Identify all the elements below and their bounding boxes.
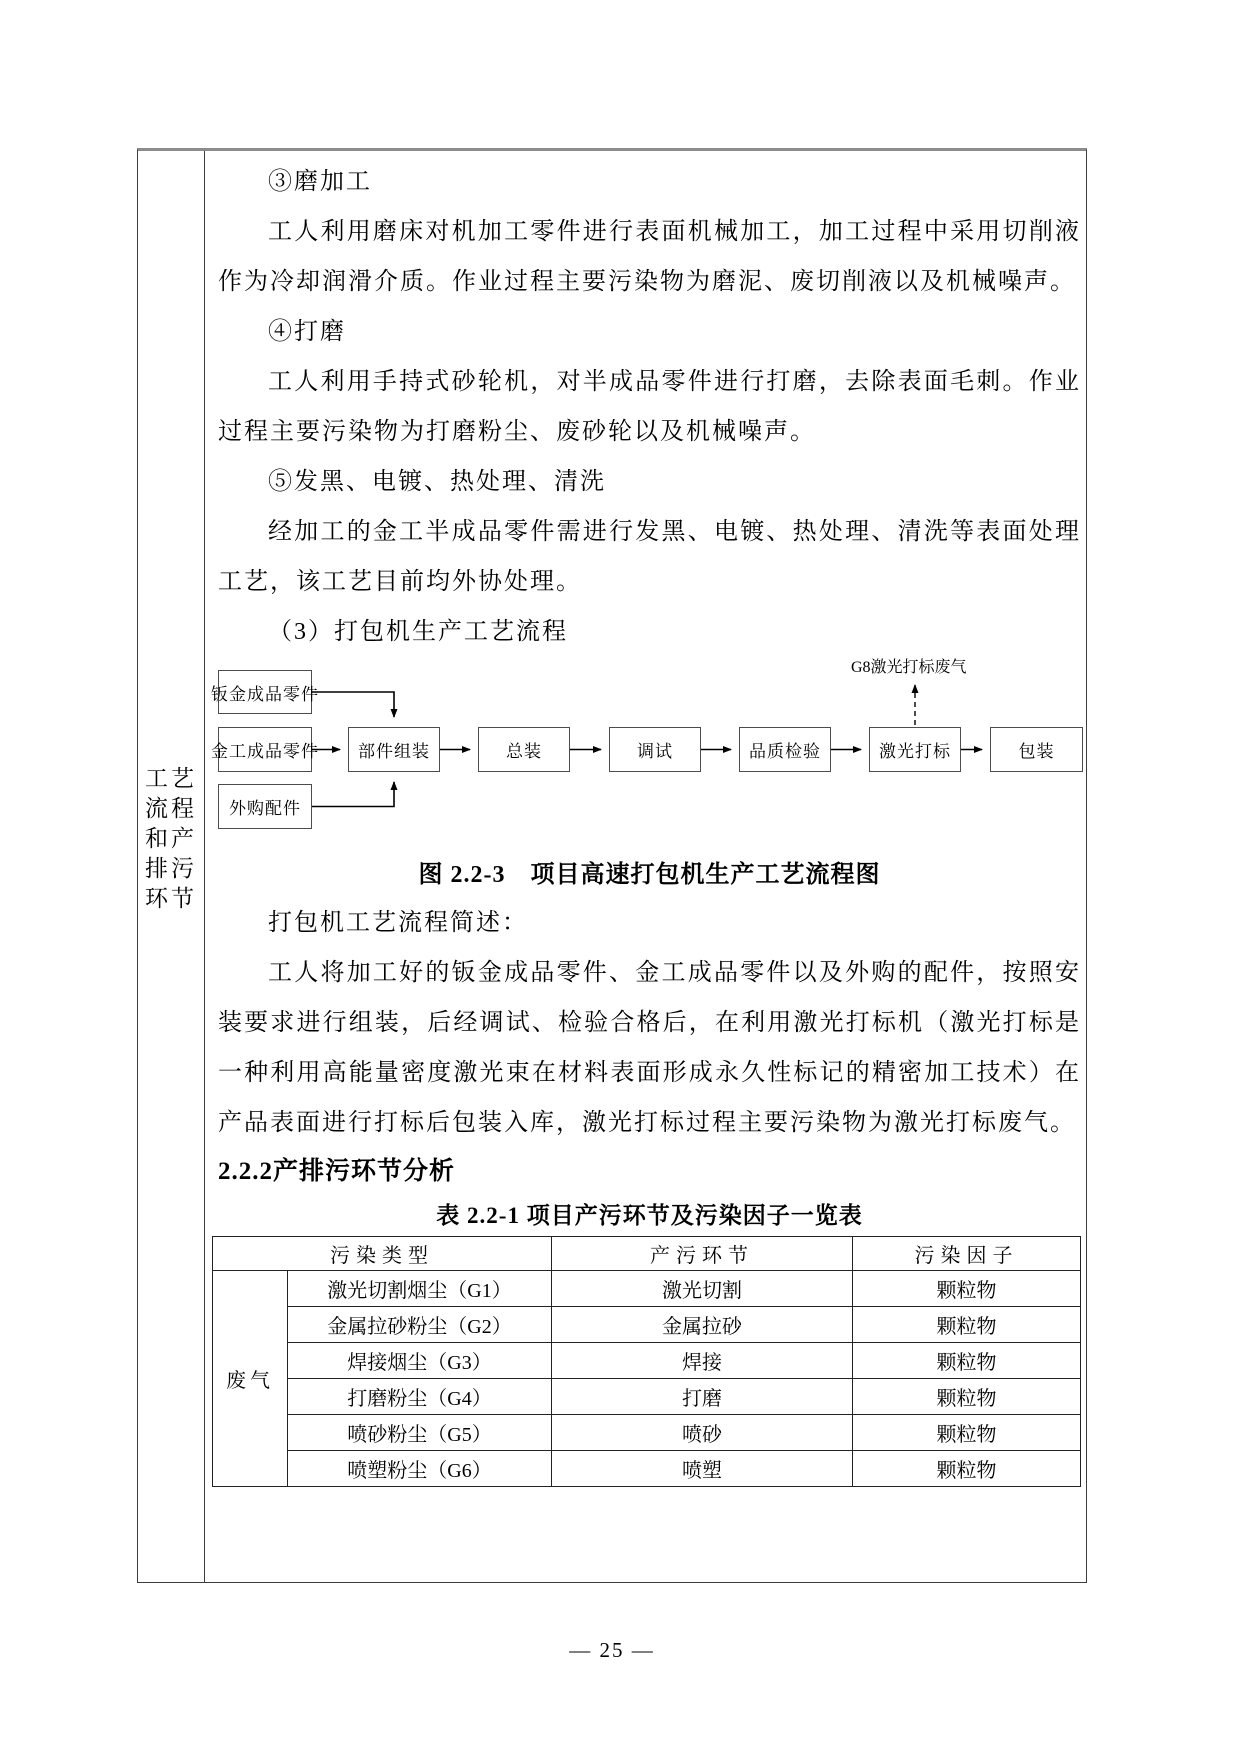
table-row: 喷塑粉尘（G6） 喷塑 颗粒物	[213, 1451, 1081, 1487]
flow-box-quality-inspection: 品质检验	[739, 727, 831, 772]
emission-label: G8激光打标废气	[851, 654, 991, 677]
sidebar-label-line: 排污	[145, 854, 197, 884]
cell-factor: 颗粒物	[853, 1271, 1081, 1307]
table-row: 喷砂粉尘（G5） 喷砂 颗粒物	[213, 1415, 1081, 1451]
sidebar-label-line: 流程	[145, 794, 197, 824]
item4-heading: ④打磨	[218, 307, 1081, 357]
figure-caption: 图 2.2-3 项目高速打包机生产工艺流程图	[218, 852, 1081, 898]
cell-pollutant: 焊接烟尘（G3）	[288, 1343, 552, 1379]
cell-factor: 颗粒物	[853, 1415, 1081, 1451]
process-flowchart: G8激光打标废气 钣金成品零件 金工成品零件 外购配件 部件组装 总装 调试 品…	[218, 657, 1074, 852]
item5-heading: ⑤发黑、电镀、热处理、清洗	[218, 457, 1081, 507]
sidebar-cell: 工艺 流程 和产 排污 环节	[138, 151, 205, 1582]
item3-paragraph: 工人利用磨床对机加工零件进行表面机械加工，加工过程中采用切削液作为冷却润滑介质。…	[218, 207, 1081, 307]
section-222-heading: 2.2.2产排污环节分析	[218, 1148, 1081, 1196]
cell-factor: 颗粒物	[853, 1307, 1081, 1343]
document-page: 工艺 流程 和产 排污 环节 ③磨加工 工人利用磨床对机加工零件进行表面机械加工…	[0, 0, 1241, 1754]
sub3-heading: （3）打包机生产工艺流程	[218, 607, 1081, 657]
flow-box-metalwork-parts: 金工成品零件	[218, 727, 312, 772]
flow-box-laser-marking: 激光打标	[869, 727, 961, 772]
table-row: 废气 激光切割烟尘（G1） 激光切割 颗粒物	[213, 1271, 1081, 1307]
arrow-purchased-to-assembly	[312, 782, 394, 807]
flow-box-purchased-parts: 外购配件	[218, 784, 312, 829]
cell-stage: 金属拉砂	[552, 1307, 853, 1343]
arrow-sheetmetal-to-assembly	[312, 692, 394, 717]
table-row: 打磨粉尘（G4） 打磨 颗粒物	[213, 1379, 1081, 1415]
header-pollution-factor: 污染因子	[853, 1237, 1081, 1271]
cell-pollutant: 喷塑粉尘（G6）	[288, 1451, 552, 1487]
item5-paragraph: 经加工的金工半成品零件需进行发黑、电镀、热处理、清洗等表面处理工艺，该工艺目前均…	[218, 507, 1081, 607]
category-waste-gas: 废气	[213, 1271, 288, 1487]
flow-box-debugging: 调试	[609, 727, 701, 772]
cell-pollutant: 打磨粉尘（G4）	[288, 1379, 552, 1415]
pollution-table-title: 表 2.2-1 项目产污环节及污染因子一览表	[218, 1196, 1081, 1236]
pollution-factor-table: 污染类型 产污环节 污染因子 废气 激光切割烟尘（G1） 激光切割 颗粒物 金属…	[212, 1236, 1081, 1487]
flow-box-packing: 包装	[990, 727, 1083, 772]
table-row: 金属拉砂粉尘（G2） 金属拉砂 颗粒物	[213, 1307, 1081, 1343]
cell-stage: 喷砂	[552, 1415, 853, 1451]
cell-stage: 焊接	[552, 1343, 853, 1379]
item4-paragraph: 工人利用手持式砂轮机，对半成品零件进行打磨，去除表面毛刺。作业过程主要污染物为打…	[218, 357, 1081, 457]
page-number: — 25 —	[137, 1638, 1087, 1663]
cell-pollutant: 金属拉砂粉尘（G2）	[288, 1307, 552, 1343]
cell-pollutant: 激光切割烟尘（G1）	[288, 1271, 552, 1307]
sidebar-label-line: 和产	[145, 824, 197, 854]
cell-factor: 颗粒物	[853, 1379, 1081, 1415]
item3-heading: ③磨加工	[218, 157, 1081, 207]
brief-paragraph: 工人将加工好的钣金成品零件、金工成品零件以及外购的配件，按照安装要求进行组装，后…	[218, 948, 1081, 1148]
sidebar-label-line: 工艺	[145, 764, 197, 794]
flow-box-sheetmetal-parts: 钣金成品零件	[218, 670, 312, 714]
sidebar-vertical-label: 工艺 流程 和产 排污 环节	[145, 764, 197, 914]
sidebar-label-line: 环节	[145, 884, 197, 914]
cell-factor: 颗粒物	[853, 1451, 1081, 1487]
flow-box-final-assembly: 总装	[478, 727, 570, 772]
cell-stage: 打磨	[552, 1379, 853, 1415]
table-header-row: 污染类型 产污环节 污染因子	[213, 1237, 1081, 1271]
header-producing-stage: 产污环节	[552, 1237, 853, 1271]
cell-pollutant: 喷砂粉尘（G5）	[288, 1415, 552, 1451]
cell-factor: 颗粒物	[853, 1343, 1081, 1379]
cell-stage: 喷塑	[552, 1451, 853, 1487]
cell-stage: 激光切割	[552, 1271, 853, 1307]
flow-box-component-assembly: 部件组装	[348, 727, 440, 772]
brief-heading: 打包机工艺流程简述：	[218, 898, 1081, 948]
content-cell: ③磨加工 工人利用磨床对机加工零件进行表面机械加工，加工过程中采用切削液作为冷却…	[205, 151, 1094, 1582]
document-outer-table: 工艺 流程 和产 排污 环节 ③磨加工 工人利用磨床对机加工零件进行表面机械加工…	[137, 148, 1087, 1583]
table-row: 焊接烟尘（G3） 焊接 颗粒物	[213, 1343, 1081, 1379]
header-pollution-type: 污染类型	[213, 1237, 552, 1271]
